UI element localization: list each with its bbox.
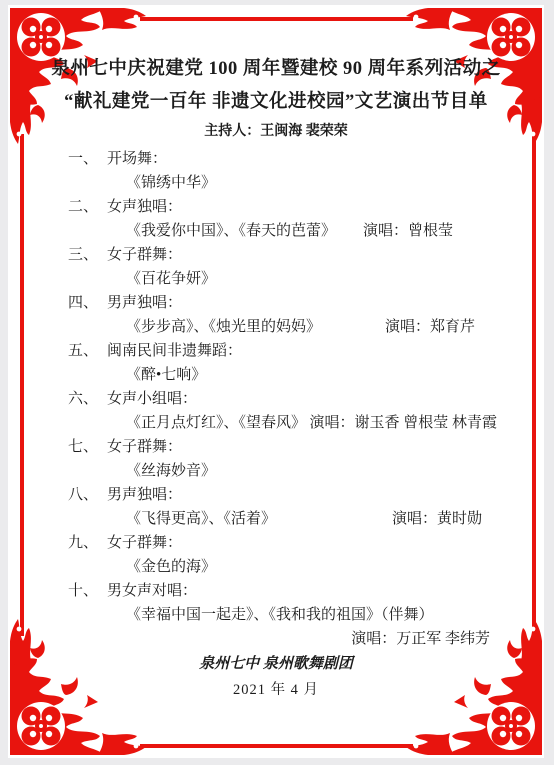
item-songs: 《锦绣中华》	[126, 171, 216, 195]
program-item-9: 九、女子群舞： 《金色的海》	[68, 531, 500, 579]
item-songs: 《百花争妍》	[126, 267, 216, 291]
document-title-line2: “献礼建党一百年 非遗文化进校园”文艺演出节目单	[8, 86, 544, 119]
item-category: 开场舞：	[107, 147, 167, 171]
item-songs: 《步步高》、《烛光里的妈妈》	[126, 315, 321, 339]
item-performer: 演唱：郑育芹	[385, 315, 475, 339]
program-item-5: 五、闽南民间非遗舞蹈： 《醉•七响》	[68, 339, 500, 387]
document-content: 泉州七中庆祝建党 100 周年暨建校 90 周年系列活动之 “献礼建党一百年 非…	[8, 49, 544, 704]
item-category: 女子群舞：	[107, 435, 182, 459]
program-item-10: 十、男女声对唱： 《幸福中国一起走》、《我和我的祖国》（伴舞） 演唱：万正军 李…	[68, 579, 500, 651]
item-number: 三、	[68, 243, 107, 267]
item-songs: 《飞得更高》、《活着》	[126, 507, 276, 531]
program-item-1: 一、开场舞： 《锦绣中华》	[68, 147, 500, 195]
program-item-7: 七、女子群舞： 《丝海妙音》	[68, 435, 500, 483]
item-category: 女子群舞：	[107, 531, 182, 555]
item-number: 四、	[68, 291, 107, 315]
item-number: 七、	[68, 435, 107, 459]
item-songs: 《幸福中国一起走》、《我和我的祖国》（伴舞）	[126, 603, 434, 627]
program-item-6: 六、女声小组唱： 《正月点灯红》、《望春风》演唱：谢玉香 曾根莹 林青霞	[68, 387, 500, 435]
item-category: 女声独唱：	[107, 195, 182, 219]
top-border-line	[140, 17, 413, 21]
item-performer: 演唱：黄时勋	[392, 507, 482, 531]
item-performer: 演唱：万正军 李纬芳	[351, 627, 490, 651]
item-songs: 《醉•七响》	[126, 363, 206, 387]
item-number: 九、	[68, 531, 107, 555]
program-item-2: 二、女声独唱： 《我爱你中国》、《春天的芭蕾》演唱：曾根莹	[68, 195, 500, 243]
footer-organizations: 泉州七中 泉州歌舞剧团	[8, 652, 544, 677]
item-songs: 《我爱你中国》、《春天的芭蕾》	[126, 219, 336, 243]
item-songs: 《丝海妙音》	[126, 459, 216, 483]
item-songs: 《正月点灯红》、《望春风》	[126, 411, 306, 435]
item-category: 男女声对唱：	[107, 579, 197, 603]
document-page: 泉州七中庆祝建党 100 周年暨建校 90 周年系列活动之 “献礼建党一百年 非…	[8, 5, 544, 758]
host-line: 主持人：王闽海 裴荣荣	[8, 119, 544, 145]
item-performer: 演唱：曾根莹	[363, 219, 453, 243]
document-title-line1: 泉州七中庆祝建党 100 周年暨建校 90 周年系列活动之	[8, 53, 544, 86]
item-number: 十、	[68, 579, 107, 603]
item-category: 男声独唱：	[107, 291, 182, 315]
item-songs: 《金色的海》	[126, 555, 216, 579]
program-item-8: 八、男声独唱： 《飞得更高》、《活着》演唱：黄时勋	[68, 483, 500, 531]
item-number: 六、	[68, 387, 107, 411]
item-number: 五、	[68, 339, 107, 363]
item-performer: 演唱：谢玉香 曾根莹 林青霞	[309, 411, 497, 435]
item-category: 女声小组唱：	[107, 387, 197, 411]
item-number: 一、	[68, 147, 107, 171]
program-item-3: 三、女子群舞： 《百花争妍》	[68, 243, 500, 291]
program-item-4: 四、男声独唱： 《步步高》、《烛光里的妈妈》演唱：郑育芹	[68, 291, 500, 339]
item-category: 男声独唱：	[107, 483, 182, 507]
item-number: 二、	[68, 195, 107, 219]
bottom-border-line	[140, 744, 413, 748]
program-list: 一、开场舞： 《锦绣中华》 二、女声独唱： 《我爱你中国》、《春天的芭蕾》演唱：…	[68, 147, 500, 651]
item-category: 女子群舞：	[107, 243, 182, 267]
footer-date: 2021 年 4 月	[8, 677, 544, 704]
item-number: 八、	[68, 483, 107, 507]
item-category: 闽南民间非遗舞蹈：	[107, 339, 242, 363]
